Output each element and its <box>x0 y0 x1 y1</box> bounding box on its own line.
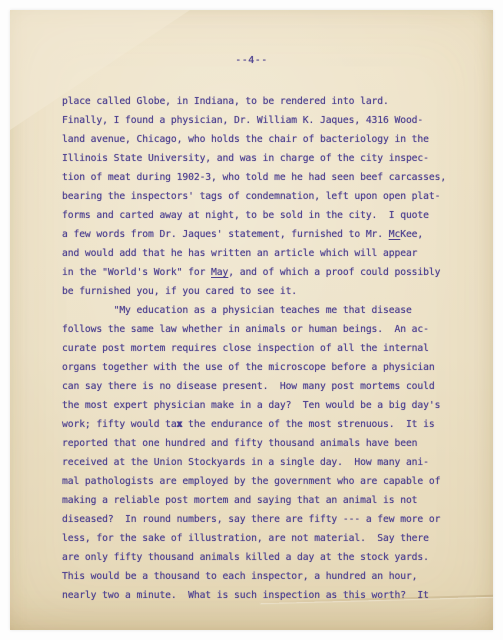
text-line: This would be a thousand to each inspect… <box>62 567 464 586</box>
text-line: work; fifty would tax the endurance of t… <box>62 415 464 434</box>
text-line: forms and carted away at night, to be so… <box>62 206 464 225</box>
text-line: Finally, I found a physician, Dr. Willia… <box>62 111 464 130</box>
photo-frame: --4-- place called Globe, in Indiana, to… <box>0 0 503 640</box>
text-line: land avenue, Chicago, who holds the chai… <box>62 130 464 149</box>
text-line: a few words from Dr. Jaques' statement, … <box>62 225 464 244</box>
document-page: --4-- place called Globe, in Indiana, to… <box>10 10 493 630</box>
text-line: are only fifty thousand animals killed a… <box>62 548 464 567</box>
text-line: place called Globe, in Indiana, to be re… <box>62 92 464 111</box>
text-line: curate post mortem requires close inspec… <box>62 339 464 358</box>
text-line: bearing the inspectors' tags of condemna… <box>62 187 464 206</box>
text-line: nearly two a minute. What is such inspec… <box>62 586 464 605</box>
text-line: reported that one hundred and fifty thou… <box>62 434 464 453</box>
text-line: diseased? In round numbers, say there ar… <box>62 510 464 529</box>
text-line: the most expert physician make in a day?… <box>62 396 464 415</box>
text-line: can say there is no disease present. How… <box>62 377 464 396</box>
text-line: follows the same law whether in animals … <box>62 320 464 339</box>
text-line: Illinois State University, and was in ch… <box>62 149 464 168</box>
text-line: and would add that he has written an art… <box>62 244 464 263</box>
document-lines: place called Globe, in Indiana, to be re… <box>62 92 464 605</box>
text-line: tion of meat during 1902-3, who told me … <box>62 168 464 187</box>
text-line: mal pathologists are employed by the gov… <box>62 472 464 491</box>
text-line: organs together with the use of the micr… <box>62 358 464 377</box>
text-line: be furnished you, if you cared to see it… <box>62 282 464 301</box>
text-line: making a reliable post mortem and saying… <box>62 491 464 510</box>
text-line: received at the Union Stockyards in a si… <box>62 453 464 472</box>
text-line: "My education as a physician teaches me … <box>62 301 464 320</box>
text-line: less, for the sake of illustration, are … <box>62 529 464 548</box>
page-number: --4-- <box>10 55 493 66</box>
text-line: in the "World's Work" for May, and of wh… <box>62 263 464 282</box>
